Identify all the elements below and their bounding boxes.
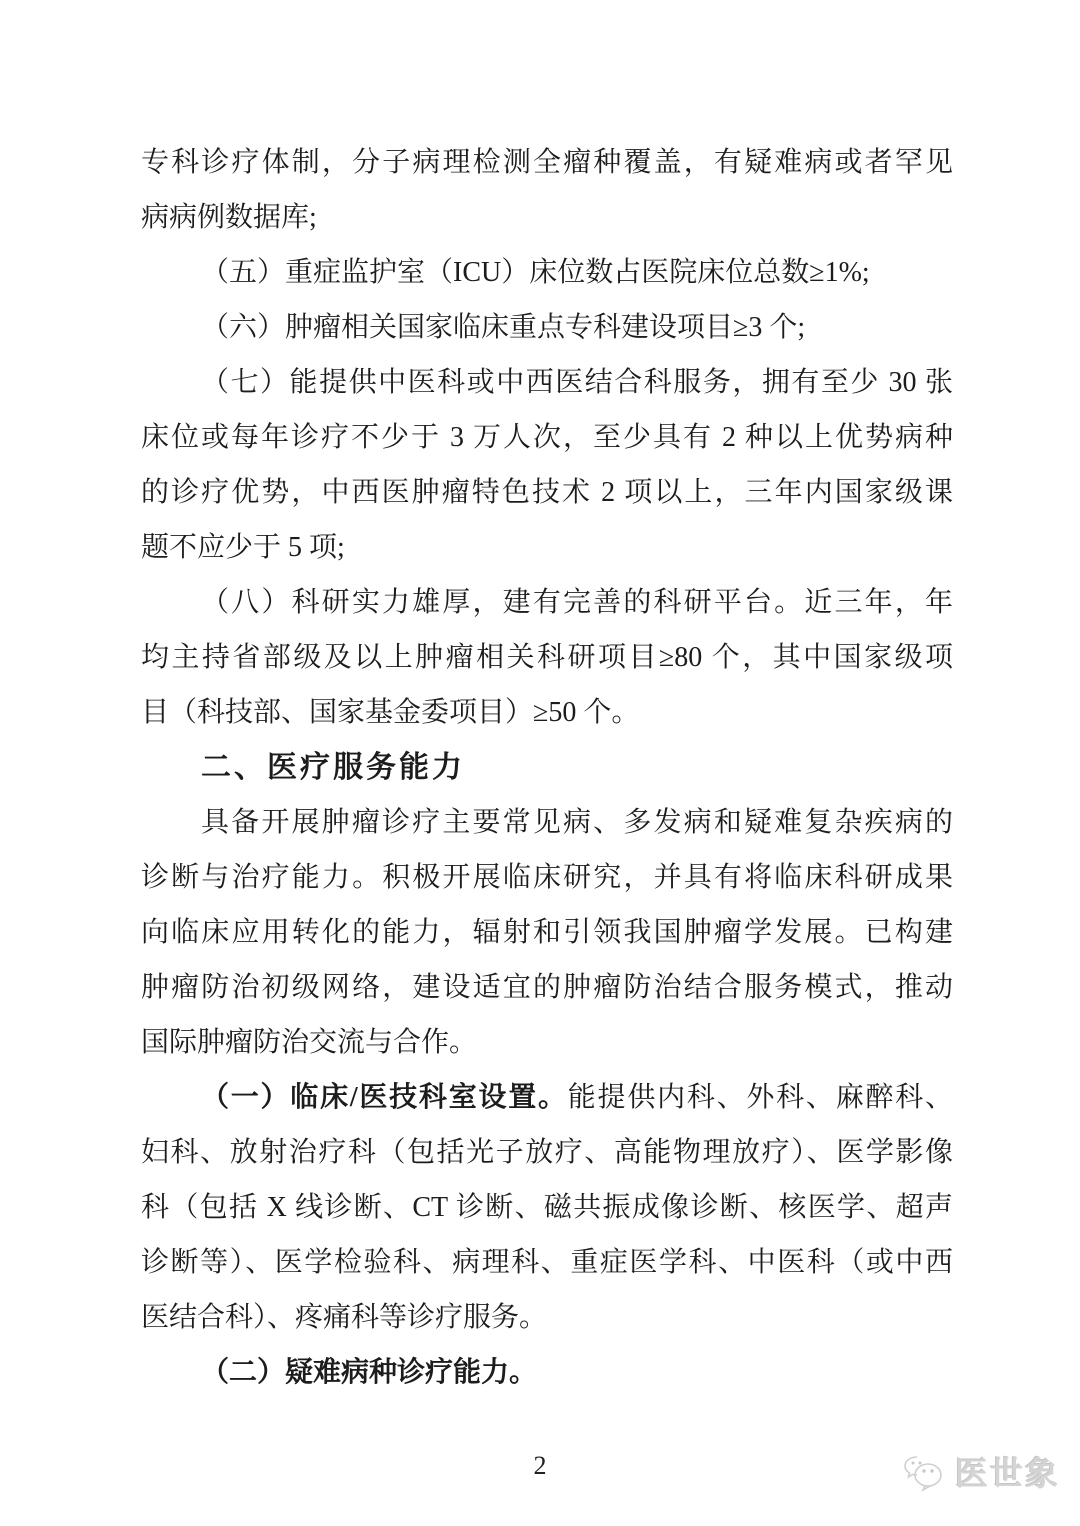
wechat-bubbles-icon [897,1449,949,1495]
doc-line: 妇科、放射治疗科（包括光子放疗、高能物理放疗）、医学影像 [141,1125,953,1180]
doc-line: 诊断等）、医学检验科、病理科、重症医学科、中医科（或中西 [141,1235,953,1290]
doc-line: 医结合科）、疼痛科等诊疗服务。 [141,1290,953,1345]
doc-line: 专科诊疗体制，分子病理检测全瘤种覆盖，有疑难病或者罕见 [141,135,953,190]
doc-line: 目（科技部、国家基金委项目）≥50 个。 [141,685,953,740]
doc-line: 向临床应用转化的能力，辐射和引领我国肿瘤学发展。已构建 [141,905,953,960]
subsection-heading-bold-prefix: （一）临床/医技科室设置。 [201,1082,568,1113]
doc-line: 肿瘤防治初级网络，建设适宜的肿瘤防治结合服务模式，推动 [141,960,953,1015]
doc-line: 具备开展肿瘤诊疗主要常见病、多发病和疑难复杂疾病的 [141,795,953,850]
section-heading-medical-service-capacity: 二、医疗服务能力 [141,740,953,795]
subsection-heading-difficult-diseases: （二）疑难病种诊疗能力。 [141,1345,953,1400]
clause-item-six: （六）肿瘤相关国家临床重点专科建设项目≥3 个; [141,300,953,355]
doc-line: 床位或每年诊疗不少于 3 万人次，至少具有 2 种以上优势病种 [141,410,953,465]
doc-line-text: 能提供内科、外科、麻醉科、 [568,1082,953,1113]
document-page-body: 专科诊疗体制，分子病理检测全瘤种覆盖，有疑难病或者罕见 病病例数据库; （五）重… [141,135,953,1400]
doc-line: 诊断与治疗能力。积极开展临床研究，并具有将临床科研成果 [141,850,953,905]
clause-item-eight: （八）科研实力雄厚，建有完善的科研平台。近三年，年 [141,575,953,630]
clause-item-five: （五）重症监护室（ICU）床位数占医院床位总数≥1%; [141,245,953,300]
subsection-heading-dept-setup: （一）临床/医技科室设置。能提供内科、外科、麻醉科、 [141,1070,953,1125]
doc-line: 国际肿瘤防治交流与合作。 [141,1015,953,1070]
doc-line: 的诊疗优势，中西医肿瘤特色技术 2 项以上，三年内国家级课 [141,465,953,520]
brand-watermark-text: 医世象 [955,1448,1060,1495]
doc-line: 均主持省部级及以上肿瘤相关科研项目≥80 个，其中国家级项 [141,630,953,685]
doc-line: 科（包括 X 线诊断、CT 诊断、磁共振成像诊断、核医学、超声 [141,1180,953,1235]
doc-line: 题不应少于 5 项; [141,520,953,575]
doc-line: 病病例数据库; [141,190,953,245]
clause-item-seven: （七）能提供中医科或中西医结合科服务，拥有至少 30 张 [141,355,953,410]
brand-watermark: 医世象 [897,1448,1060,1495]
